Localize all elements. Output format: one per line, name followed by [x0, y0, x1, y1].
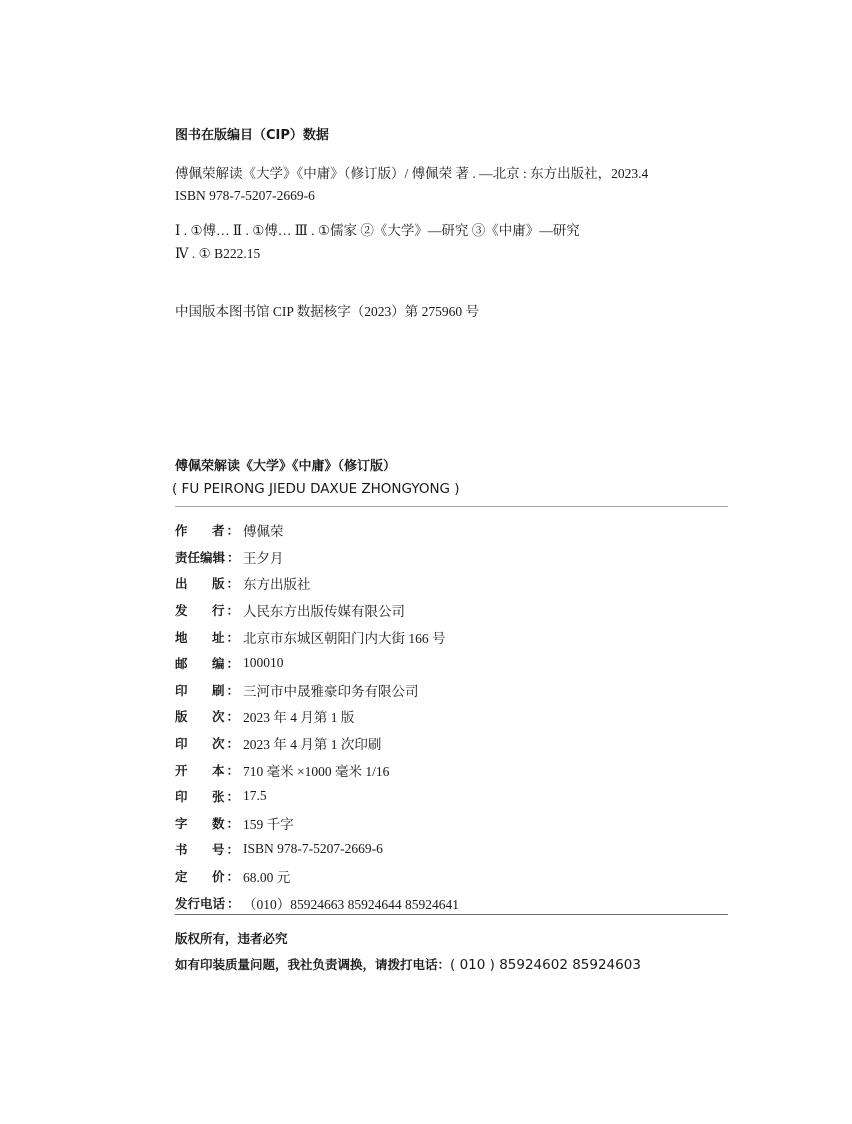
detail-colon: ：	[226, 842, 239, 857]
detail-row: 书号：ISBN 978-7-5207-2669-6	[175, 836, 459, 863]
divider-top	[175, 506, 728, 507]
detail-label-char: 本：	[212, 761, 239, 779]
detail-row: 定价：68.00 元	[175, 863, 459, 890]
detail-label-char: 次	[212, 736, 225, 751]
detail-row: 责任编辑：王夕月	[175, 544, 459, 571]
detail-colon: ：	[226, 709, 239, 724]
misprint-phone: ( 010 ) 85924602 85924603	[450, 957, 641, 973]
publication-details: 作者：傅佩荣责任编辑：王夕月出版：东方出版社发行：人民东方出版传媒有限公司地址：…	[175, 517, 459, 916]
detail-label-char: 版	[212, 576, 225, 591]
detail-label-char: 次	[212, 709, 225, 724]
detail-label-char: 本	[212, 763, 225, 778]
detail-label-char: 版	[175, 707, 188, 725]
detail-label-char: 址：	[212, 628, 239, 646]
misprint-text: 如有印装质量问题，我社负责调换，请拨打电话：	[175, 957, 450, 972]
detail-label-text: 责任编辑	[175, 550, 225, 565]
detail-label-char: 行：	[212, 601, 239, 619]
detail-value: 傅佩荣	[243, 520, 284, 540]
detail-label-char: 邮	[175, 654, 188, 672]
detail-label: 字数：	[175, 814, 239, 832]
detail-label-char: 印	[175, 787, 188, 805]
detail-label-char: 者	[212, 523, 225, 538]
detail-colon: ：	[226, 869, 239, 884]
detail-value: 人民东方出版传媒有限公司	[243, 600, 405, 620]
detail-label: 出版：	[175, 574, 239, 592]
detail-label: 版次：	[175, 707, 239, 725]
detail-colon: ：	[226, 763, 239, 778]
detail-colon: ：	[226, 816, 239, 831]
detail-value: 100010	[243, 655, 284, 671]
detail-value: 2023 年 4 月第 1 次印刷	[243, 733, 381, 753]
detail-label-char: 刷：	[212, 681, 239, 699]
detail-value: 710 毫米 ×1000 毫米 1/16	[243, 760, 389, 780]
detail-label: 书号：	[175, 840, 239, 858]
detail-row: 发行电话：（010）85924663 85924644 85924641	[175, 889, 459, 916]
cip-record-number: 中国版本图书馆 CIP 数据核字（2023）第 275960 号	[175, 300, 479, 320]
detail-label: 印张：	[175, 787, 239, 805]
detail-row: 作者：傅佩荣	[175, 517, 459, 544]
detail-label-char: 定	[175, 867, 188, 885]
detail-label-char: 张：	[212, 787, 239, 805]
detail-label-char: 字	[175, 814, 188, 832]
detail-label: 发行电话：	[175, 894, 239, 912]
divider-bottom	[175, 914, 728, 915]
detail-label: 发行：	[175, 601, 239, 619]
detail-value: ISBN 978-7-5207-2669-6	[243, 841, 383, 857]
detail-label: 作者：	[175, 521, 239, 539]
detail-label-char: 书	[175, 840, 188, 858]
cip-subjects: Ⅰ . ①傅… Ⅱ . ①傅… Ⅲ . ①儒家 ②《大学》—研究 ③《中庸》—研…	[175, 219, 580, 239]
detail-label-char: 行	[212, 603, 225, 618]
detail-label: 责任编辑：	[175, 548, 239, 566]
detail-label-char: 数：	[212, 814, 239, 832]
misprint-notice: 如有印装质量问题，我社负责调换，请拨打电话：( 010 ) 85924602 8…	[175, 955, 641, 973]
detail-label-char: 号：	[212, 840, 239, 858]
detail-value: 三河市中晟雅豪印务有限公司	[243, 680, 419, 700]
detail-label-char: 次：	[212, 734, 239, 752]
detail-label: 地址：	[175, 628, 239, 646]
detail-row: 印张：17.5	[175, 783, 459, 810]
detail-label-char: 发	[175, 601, 188, 619]
detail-row: 字数：159 千字	[175, 810, 459, 837]
detail-label: 开本：	[175, 761, 239, 779]
detail-row: 开本：710 毫米 ×1000 毫米 1/16	[175, 756, 459, 783]
detail-colon: ：	[227, 550, 240, 565]
detail-value: 68.00 元	[243, 866, 290, 886]
cip-classification: Ⅳ . ① B222.15	[175, 246, 260, 262]
cip-title: 图书在版编目（CIP）数据	[175, 124, 329, 143]
detail-label-char: 址	[212, 630, 225, 645]
detail-colon: ：	[227, 896, 240, 911]
detail-label-char: 地	[175, 628, 188, 646]
detail-value: 东方出版社	[243, 573, 311, 593]
detail-colon: ：	[226, 789, 239, 804]
detail-label-char: 者：	[212, 521, 239, 539]
detail-label-char: 作	[175, 521, 188, 539]
detail-value: （010）85924663 85924644 85924641	[243, 893, 459, 913]
detail-row: 发行：人民东方出版传媒有限公司	[175, 597, 459, 624]
detail-label-char: 版：	[212, 574, 239, 592]
detail-label-char: 编	[212, 656, 225, 671]
detail-colon: ：	[226, 523, 239, 538]
detail-label-char: 刷	[212, 683, 225, 698]
detail-value: 17.5	[243, 788, 267, 804]
detail-label-char: 编：	[212, 654, 239, 672]
detail-colon: ：	[226, 630, 239, 645]
detail-colon: ：	[226, 656, 239, 671]
detail-row: 邮编：100010	[175, 650, 459, 677]
detail-row: 印刷：三河市中晟雅豪印务有限公司	[175, 677, 459, 704]
detail-label: 印刷：	[175, 681, 239, 699]
detail-colon: ：	[226, 683, 239, 698]
detail-label: 邮编：	[175, 654, 239, 672]
detail-label-char: 出	[175, 574, 188, 592]
detail-row: 出版：东方出版社	[175, 570, 459, 597]
detail-value: 2023 年 4 月第 1 版	[243, 706, 354, 726]
detail-label-char: 开	[175, 761, 188, 779]
detail-label-char: 号	[212, 842, 225, 857]
detail-label-char: 张	[212, 789, 225, 804]
detail-label: 定价：	[175, 867, 239, 885]
detail-label-char: 价	[212, 869, 225, 884]
detail-label: 印次：	[175, 734, 239, 752]
cip-citation: 傅佩荣解读《大学》《中庸》（修订版）/ 傅佩荣 著 . —北京 : 东方出版社，…	[175, 162, 648, 182]
copyright-notice: 版权所有，违者必究	[175, 929, 288, 947]
detail-label-char: 数	[212, 816, 225, 831]
detail-colon: ：	[226, 736, 239, 751]
detail-label-wrap: 责任编辑：	[175, 548, 240, 566]
detail-label-char: 印	[175, 734, 188, 752]
detail-label-char: 印	[175, 681, 188, 699]
detail-colon: ：	[226, 576, 239, 591]
detail-colon: ：	[226, 603, 239, 618]
detail-value: 王夕月	[243, 547, 284, 567]
detail-row: 地址：北京市东城区朝阳门内大街 166 号	[175, 623, 459, 650]
detail-value: 159 千字	[243, 813, 294, 833]
book-pinyin-title: ( FU PEIRONG JIEDU DAXUE ZHONGYONG )	[172, 481, 460, 497]
detail-value: 北京市东城区朝阳门内大街 166 号	[243, 627, 446, 647]
book-title: 傅佩荣解读《大学》《中庸》（修订版）	[175, 455, 396, 474]
detail-label-char: 价：	[212, 867, 239, 885]
detail-row: 印次：2023 年 4 月第 1 次印刷	[175, 730, 459, 757]
detail-label-wrap: 发行电话：	[175, 894, 240, 912]
detail-label-char: 次：	[212, 707, 239, 725]
detail-row: 版次：2023 年 4 月第 1 版	[175, 703, 459, 730]
detail-label-text: 发行电话	[175, 896, 225, 911]
cip-isbn: ISBN 978-7-5207-2669-6	[175, 188, 315, 204]
